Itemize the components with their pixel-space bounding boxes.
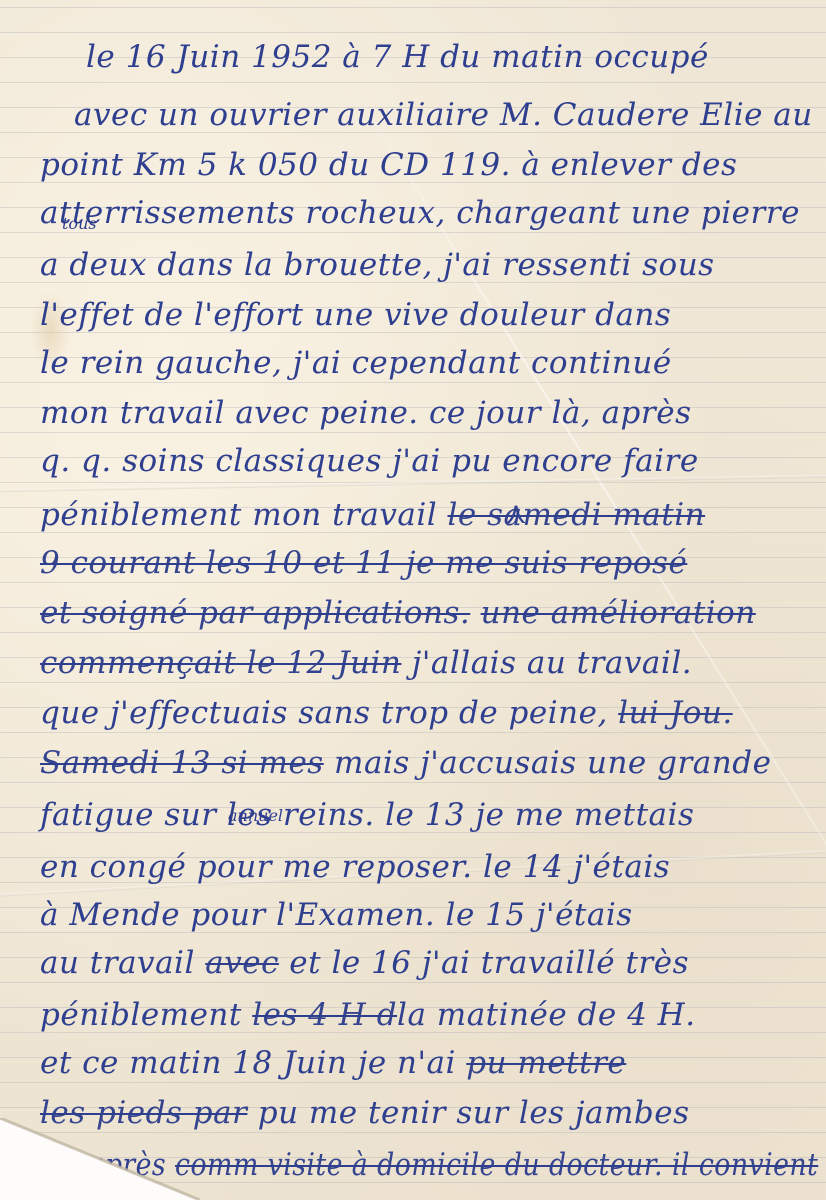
letter-text: que j'effectuais sans trop de peine,	[40, 695, 618, 731]
letter-text: q. q. soins classiques j'ai pu encore fa…	[40, 443, 699, 479]
struck-through-text: et soigné par applications.	[40, 595, 470, 631]
letter-text: au travail	[40, 945, 205, 981]
letter-page: le 16 Juin 1952 à 7 H du matin occupéave…	[0, 0, 826, 1200]
letter-text: le rein gauche, j'ai cependant continué	[40, 345, 672, 381]
letter-line: et soigné par applications. une améliora…	[40, 598, 756, 629]
struck-through-text: 9 courant les 10 et 11 je me suis reposé	[40, 545, 687, 581]
letter-line: avec un ouvrier auxiliaire M. Caudere El…	[74, 100, 813, 131]
struck-through-text: le samedi matin	[448, 497, 706, 533]
letter-text: la matinée de 4 H.	[397, 997, 696, 1033]
struck-through-text: les 4 H d	[252, 997, 397, 1033]
letter-text: atterrissements rocheux, chargeant une p…	[40, 195, 800, 231]
letter-line: point Km 5 k 050 du CD 119. à enlever de…	[40, 150, 737, 181]
letter-line: q. q. soins classiques j'ai pu encore fa…	[40, 446, 699, 477]
struck-through-text: pu mettre	[466, 1045, 626, 1081]
interlinear-insertion: annuel	[228, 806, 283, 825]
letter-text: à Mende pour l'Examen. le 15 j'étais	[40, 897, 633, 933]
struck-through-text: comm visite à domicile du docteur. il co…	[175, 1147, 818, 1183]
letter-line: le 16 Juin 1952 à 7 H du matin occupé	[86, 42, 709, 73]
letter-text: pu me tenir sur les jambes	[247, 1095, 689, 1131]
letter-line: a deux dans la brouette, j'ai ressenti s…	[40, 250, 715, 281]
letter-text: péniblement	[40, 997, 252, 1033]
letter-line: 9 courant les 10 et 11 je me suis reposé	[40, 548, 687, 579]
letter-line: et ce matin 18 Juin je n'ai pu mettre	[40, 1048, 626, 1079]
letter-text	[470, 595, 480, 631]
letter-text: en congé pour me reposer. le 14 j'étais	[40, 849, 670, 885]
letter-line: fatigue sur les reins. le 13 je me metta…	[40, 800, 694, 831]
letter-line: les pieds par pu me tenir sur les jambes	[40, 1098, 690, 1129]
letter-line: et après comm visite à domicile du docte…	[52, 1150, 818, 1181]
letter-line: mon travail avec peine. ce jour là, aprè…	[40, 398, 691, 429]
letter-text: point Km 5 k 050 du CD 119. à enlever de…	[40, 147, 737, 183]
letter-line: l'effet de l'effort une vive douleur dan…	[40, 300, 671, 331]
letter-line: à Mende pour l'Examen. le 15 j'étais	[40, 900, 633, 931]
letter-text: a deux dans la brouette, j'ai ressenti s…	[40, 247, 715, 283]
interlinear-insertion: tous	[62, 214, 97, 233]
letter-text: fatigue sur les reins. le 13 je me metta…	[40, 797, 694, 833]
letter-text: et le 16 j'ai travaillé très	[279, 945, 689, 981]
letter-line: le rein gauche, j'ai cependant continué	[40, 348, 672, 379]
struck-through-text: une amélioration	[481, 595, 756, 631]
letter-line: Samedi 13 si mes mais j'accusais une gra…	[40, 748, 771, 779]
struck-through-text: avec	[205, 945, 279, 981]
struck-through-text: lui Jou.	[618, 695, 733, 731]
letter-text: mais j'accusais une grande	[324, 745, 772, 781]
letter-text: avec un ouvrier auxiliaire M. Caudere El…	[74, 97, 813, 133]
letter-text: mon travail avec peine. ce jour là, aprè…	[40, 395, 691, 431]
struck-through-text: les pieds par	[40, 1095, 247, 1131]
letter-text: péniblement mon travail	[40, 497, 448, 533]
letter-line: péniblement les 4 H dla matinée de 4 H.	[40, 1000, 696, 1031]
letter-line: péniblement mon travail le samedi matin	[40, 500, 705, 531]
letter-line: au travail avec et le 16 j'ai travaillé …	[40, 948, 689, 979]
letter-text: j'allais au travail.	[401, 645, 692, 681]
letter-line: en congé pour me reposer. le 14 j'étais	[40, 852, 670, 883]
letter-text: et ce matin 18 Juin je n'ai	[40, 1045, 466, 1081]
letter-line: commençait le 12 Juin j'allais au travai…	[40, 648, 692, 679]
letter-line: atterrissements rocheux, chargeant une p…	[40, 198, 800, 229]
letter-text: le 16 Juin 1952 à 7 H du matin occupé	[86, 39, 709, 75]
insertion-caret-icon: ⋏	[505, 496, 527, 531]
struck-through-text: commençait le 12 Juin	[40, 645, 401, 681]
handwritten-letter: le 16 Juin 1952 à 7 H du matin occupéave…	[0, 0, 826, 1200]
struck-through-text: Samedi 13 si mes	[40, 745, 324, 781]
letter-line: que j'effectuais sans trop de peine, lui…	[40, 698, 733, 729]
letter-text: l'effet de l'effort une vive douleur dan…	[40, 297, 671, 333]
